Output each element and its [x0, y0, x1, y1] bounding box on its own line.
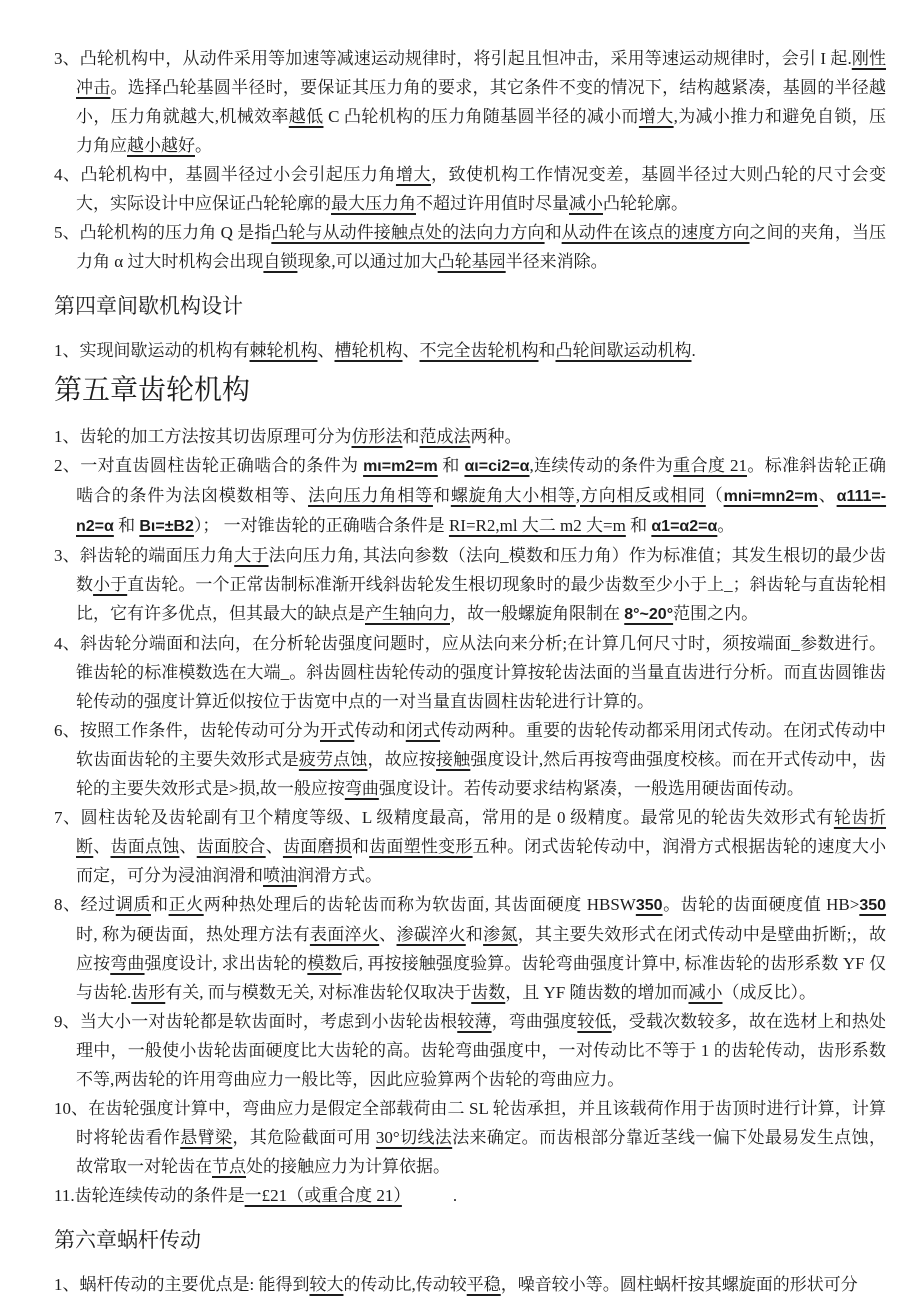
- underlined-text: 渗氮: [483, 925, 518, 944]
- plain-text: 按照工作条件，齿轮传动可分为: [80, 721, 320, 740]
- plain-text: 的传动比,传动较: [343, 1275, 466, 1294]
- item-text: 蜗杆传动的主要优点是: 能得到较大的传动比,传动较平稳，噪音较小等。圆柱蜗杆按其…: [80, 1275, 858, 1294]
- plain-text: 圆柱齿轮及齿轮副有卫个精度等级、L 级精度最高，常用的是 0 级精度。最常见的轮…: [81, 808, 834, 827]
- underlined-text: Bι=±B2: [139, 518, 194, 535]
- list-item: 5、凸轮机构的压力角 Q 是指凸轮与从动件接触点处的法向力方向和从动件在该点的速…: [54, 218, 886, 276]
- plain-text: .: [692, 341, 696, 360]
- underlined-text: 增大: [639, 107, 674, 126]
- plain-text: 现象,可以通过加大: [297, 252, 437, 271]
- underlined-text: 正火: [169, 895, 204, 914]
- underlined-text: 齿面点蚀: [111, 837, 180, 856]
- plain-text: 润滑方式。: [297, 866, 382, 885]
- underlined-text: 齿面磨损: [283, 837, 352, 856]
- underlined-text: 小于: [93, 575, 127, 594]
- plain-text: 强度设计。若传动要求结构紧凑，一般选用硬齿面传动。: [379, 779, 804, 798]
- plain-text: 和: [626, 516, 652, 535]
- item-number: 2、: [54, 456, 80, 475]
- plain-text: 、: [403, 341, 420, 360]
- underlined-text: 350: [859, 897, 886, 914]
- underlined-text: 方向相反或相同: [580, 486, 706, 505]
- plain-text: 实现间歇运动的机构有: [80, 341, 250, 360]
- underlined-text: 从动件在该点的速度方向: [562, 223, 750, 242]
- underlined-text: 越低: [289, 107, 324, 126]
- item-text: 按照工作条件，齿轮传动可分为开式传动和闭式传动两种。重要的齿轮传动都采用闭式传动…: [76, 721, 886, 798]
- plain-text: ,连续传动的条件为: [529, 456, 673, 475]
- plain-text: 经过: [81, 895, 116, 914]
- plain-text: 和: [438, 456, 465, 475]
- item-text: 一对直齿圆柱齿轮正确啮合的条件为 mι=m2=m 和 αι=ci2=α,连续传动…: [76, 456, 886, 535]
- plain-text: ，弯曲强度: [492, 1012, 578, 1031]
- plain-text: 时, 称为硬齿面，热处理方法有: [76, 925, 310, 944]
- underlined-text: 螺旋角大小相等: [451, 486, 576, 505]
- list-item: 1、齿轮的加工方法按其切齿原理可分为仿形法和范成法两种。: [54, 422, 886, 451]
- plain-text: 、: [93, 837, 110, 856]
- plain-text: 一对直齿圆柱齿轮正确啮合的条件为: [80, 456, 363, 475]
- underlined-text: 齿数: [471, 983, 505, 1002]
- plain-text: 和: [433, 486, 451, 505]
- plain-text: 斜齿轮分端面和法向，在分析轮齿强度问题时，应从法向来分析;在计算几何尺寸时，须按…: [76, 634, 886, 711]
- document-page: 3、凸轮机构中，从动件采用等加速等减速运动规律时，将引起且怛冲击，采用等速运动规…: [0, 0, 920, 1301]
- plain-text: 、: [179, 837, 196, 856]
- item-text: 齿轮的加工方法按其切齿原理可分为仿形法和范成法两种。: [80, 427, 522, 446]
- list-item: 3、斜齿轮的端面压力角大于法向压力角, 其法向参数（法向_模数和压力角）作为标准…: [54, 541, 886, 629]
- list-item: 8、经过调质和正火两种热处理后的齿轮齿而称为软齿面, 其齿面硬度 HBSW350…: [54, 890, 886, 1007]
- underlined-text: 弯曲: [345, 779, 379, 798]
- underlined-text: αι=ci2=α: [464, 458, 529, 475]
- item-number: 3、: [54, 546, 80, 565]
- underlined-text: 模数: [307, 954, 341, 973]
- item-text: 当大小一对齿轮都是软齿面时，考虑到小齿轮齿根较薄，弯曲强度较低，受载次数较多，故…: [76, 1012, 886, 1089]
- list-item: 3、凸轮机构中，从动件采用等加速等减速运动规律时，将引起且怛冲击，采用等速运动规…: [54, 44, 886, 160]
- item-number: 1、: [54, 341, 80, 360]
- plain-text: 、: [318, 341, 335, 360]
- underlined-text: 大于: [234, 546, 268, 565]
- underlined-text: 调质: [116, 895, 151, 914]
- plain-text: 有关, 而与模数无关, 对标准齿轮仅取决于: [165, 983, 471, 1002]
- plain-text: ）； 一对锥齿轮的正确啮合条件是: [194, 516, 449, 535]
- plain-text: 、: [818, 486, 837, 505]
- plain-text: 两种。: [471, 427, 522, 446]
- underlined-text: 凸轮基园: [438, 252, 506, 271]
- item-number: 6、: [54, 721, 80, 740]
- plain-text: 范围之内。: [673, 604, 758, 623]
- underlined-text: 凸轮间歇运动机构: [556, 341, 692, 360]
- underlined-text: 齿形: [131, 983, 165, 1002]
- item-text: 凸轮机构中，从动件采用等加速等减速运动规律时，将引起且怛冲击，采用等速运动规律时…: [76, 49, 886, 155]
- item-number: 11.: [54, 1186, 75, 1205]
- plain-text: 。: [717, 516, 734, 535]
- underlined-text: 减小: [569, 194, 603, 213]
- underlined-text: 悬臂梁: [180, 1128, 232, 1147]
- item-text: 凸轮机构中，基圆半径过小会引起压力角增大，致使机构工作情况变差，基圆半径过大则凸…: [76, 165, 886, 213]
- item-number: 8、: [54, 895, 81, 914]
- item-number: 4、: [54, 634, 80, 653]
- item-text: 斜齿轮的端面压力角大于法向压力角, 其法向参数（法向_模数和压力角）作为标准值；…: [76, 546, 886, 623]
- plain-text: 和: [539, 341, 556, 360]
- item-number: 9、: [54, 1012, 80, 1031]
- plain-text: 和: [466, 925, 483, 944]
- underlined-text: 增大: [396, 165, 431, 184]
- plain-text: 和: [352, 837, 369, 856]
- plain-text: C 凸轮机构的压力角随基圆半径的减小而: [323, 107, 638, 126]
- item-number: 7、: [54, 808, 81, 827]
- underlined-text: 350: [636, 897, 663, 914]
- plain-text: 斜齿轮的端面压力角: [80, 546, 234, 565]
- plain-text: ，且 YF 随齿数的增加而: [505, 983, 688, 1002]
- item-text: 经过调质和正火两种热处理后的齿轮齿而称为软齿面, 其齿面硬度 HBSW350。齿…: [76, 895, 886, 1002]
- plain-text: 。: [195, 136, 212, 155]
- item-number: 1、: [54, 427, 80, 446]
- plain-text: 和: [403, 427, 420, 446]
- list-item: 10、在齿轮强度计算中，弯曲应力是假定全部载荷由二 SL 轮齿承担，并且该载荷作…: [54, 1094, 886, 1181]
- chapter-6-list: 1、蜗杆传动的主要优点是: 能得到较大的传动比,传动较平稳，噪音较小等。圆柱蜗杆…: [54, 1270, 886, 1299]
- plain-text: ，其危险截面可用: [232, 1128, 376, 1147]
- underlined-text: 自锁: [263, 252, 297, 271]
- underlined-text: 齿面胶合: [197, 837, 266, 856]
- underlined-text: 闭式: [406, 721, 440, 740]
- item-number: 10、: [54, 1099, 88, 1118]
- underlined-text: mni=mn2=m: [724, 488, 818, 505]
- list-item: 11.齿轮连续传动的条件是一£21（或重合度 21） .: [54, 1181, 886, 1210]
- underlined-text: 较低: [577, 1012, 611, 1031]
- plain-text: 齿轮连续传动的条件是: [75, 1186, 245, 1205]
- plain-text: 和: [114, 516, 140, 535]
- chapter-4-list: 1、实现间歇运动的机构有棘轮机构、槽轮机构、不完全齿轮机构和凸轮间歇运动机构.: [54, 336, 886, 365]
- chapter-4-heading: 第四章间歇机构设计: [54, 291, 886, 321]
- underlined-text: 开式: [320, 721, 354, 740]
- underlined-text: 不完全齿轮机构: [420, 341, 539, 360]
- underlined-text: α1=α2=α: [651, 518, 717, 535]
- list-item: 6、按照工作条件，齿轮传动可分为开式传动和闭式传动两种。重要的齿轮传动都采用闭式…: [54, 716, 886, 803]
- plain-text: 蜗杆传动的主要优点是: 能得到: [80, 1275, 310, 1294]
- plain-text: .: [402, 1186, 457, 1205]
- list-item: 4、斜齿轮分端面和法向，在分析轮齿强度问题时，应从法向来分析;在计算几何尺寸时，…: [54, 629, 886, 716]
- item-text: 在齿轮强度计算中，弯曲应力是假定全部载荷由二 SL 轮齿承担，并且该载荷作用于齿…: [76, 1099, 886, 1176]
- plain-text: （成反比）。: [722, 983, 816, 1002]
- item-number: 1、: [54, 1275, 80, 1294]
- underlined-text: 较薄: [457, 1012, 491, 1031]
- underlined-text: 喷油: [263, 866, 297, 885]
- plain-text: （: [706, 486, 724, 505]
- plain-text: 凸轮轮廓。: [603, 194, 688, 213]
- item-text: 实现间歇运动的机构有棘轮机构、槽轮机构、不完全齿轮机构和凸轮间歇运动机构.: [80, 341, 696, 360]
- plain-text: 凸轮机构中，从动件采用等加速等减速运动规律时，将引起且怛冲击，采用等速运动规律时…: [80, 49, 852, 68]
- underlined-text: 平稳: [467, 1275, 501, 1294]
- item-number: 5、: [54, 223, 80, 242]
- list-item: 2、一对直齿圆柱齿轮正确啮合的条件为 mι=m2=m 和 αι=ci2=α,连续…: [54, 451, 886, 541]
- list-item: 1、实现间歇运动的机构有棘轮机构、槽轮机构、不完全齿轮机构和凸轮间歇运动机构.: [54, 336, 886, 365]
- plain-text: 传动和: [354, 721, 405, 740]
- plain-text: 齿轮的加工方法按其切齿原理可分为: [80, 427, 352, 446]
- plain-text: 强度设计, 求出齿轮的: [145, 954, 308, 973]
- underlined-text: 弯曲: [110, 954, 144, 973]
- item-text: 凸轮机构的压力角 Q 是指凸轮与从动件接触点处的法向力方向和从动件在该点的速度方…: [76, 223, 886, 271]
- plain-text: 和: [151, 895, 169, 914]
- chapter-5-heading: 第五章齿轮机构: [54, 373, 886, 409]
- underlined-text: mι=m2=m: [363, 458, 438, 475]
- underlined-text: 节点: [212, 1157, 246, 1176]
- underlined-text: 渗碳淬火: [397, 925, 466, 944]
- plain-text: 和: [545, 223, 562, 242]
- list-item: 7、圆柱齿轮及齿轮副有卫个精度等级、L 级精度最高，常用的是 0 级精度。最常见…: [54, 803, 886, 890]
- underlined-text: 最大压力角: [331, 194, 416, 213]
- chapter-5-list: 1、齿轮的加工方法按其切齿原理可分为仿形法和范成法两种。2、一对直齿圆柱齿轮正确…: [54, 422, 886, 1210]
- chapter-6-heading: 第六章蜗杆传动: [54, 1225, 886, 1255]
- underlined-text: 范成法: [420, 427, 471, 446]
- plain-text: 半径来消除。: [506, 252, 608, 271]
- underlined-text: 产生轴向力: [365, 604, 450, 623]
- plain-text: ，故应按: [367, 750, 436, 769]
- item-text: 斜齿轮分端面和法向，在分析轮齿强度问题时，应从法向来分析;在计算几何尺寸时，须按…: [76, 634, 886, 711]
- underlined-text: 8°~20°: [624, 606, 673, 623]
- plain-text: 当大小一对齿轮都是软齿面时，考虑到小齿轮齿根: [80, 1012, 457, 1031]
- plain-text: 处的接触应力为计算依据。: [246, 1157, 450, 1176]
- list-item: 4、凸轮机构中，基圆半径过小会引起压力角增大，致使机构工作情况变差，基圆半径过大…: [54, 160, 886, 218]
- list-item: 9、当大小一对齿轮都是软齿面时，考虑到小齿轮齿根较薄，弯曲强度较低，受载次数较多…: [54, 1007, 886, 1094]
- underlined-text: 一£21（或重合度 21）: [245, 1186, 402, 1205]
- underlined-text: 齿面塑性变形: [369, 837, 472, 856]
- item-number: 3、: [54, 49, 80, 68]
- plain-text: 、: [266, 837, 283, 856]
- underlined-text: 表面淬火: [310, 925, 379, 944]
- list-item: 1、蜗杆传动的主要优点是: 能得到较大的传动比,传动较平稳，噪音较小等。圆柱蜗杆…: [54, 1270, 886, 1299]
- plain-text: 、: [379, 925, 396, 944]
- item-text: 齿轮连续传动的条件是一£21（或重合度 21） .: [75, 1186, 458, 1205]
- plain-text: ，故一般螺旋角限制在: [450, 604, 624, 623]
- underlined-text: 凸轮与从动件接触点处的法向力方向: [271, 223, 544, 242]
- underlined-text: 槽轮机构: [335, 341, 403, 360]
- underlined-text: 30°切线法: [376, 1128, 452, 1147]
- plain-text: 不超过许用值时尽量: [416, 194, 569, 213]
- underlined-text: 疲劳点蚀: [299, 750, 368, 769]
- plain-text: 。齿轮的齿面硬度值 HB>: [663, 895, 860, 914]
- underlined-text: 仿形法: [352, 427, 403, 446]
- underlined-text: 棘轮机构: [250, 341, 318, 360]
- item-text: 圆柱齿轮及齿轮副有卫个精度等级、L 级精度最高，常用的是 0 级精度。最常见的轮…: [76, 808, 886, 885]
- item-number: 4、: [54, 165, 81, 184]
- underlined-text: 减小: [688, 983, 722, 1002]
- plain-text: ，噪音较小等。圆柱蜗杆按其螺旋面的形状可分: [501, 1275, 858, 1294]
- plain-text: 两种热处理后的齿轮齿而称为软齿面, 其齿面硬度 HBSW: [204, 895, 636, 914]
- underlined-text: 重合度 21: [673, 456, 747, 475]
- plain-text: 凸轮机构中，基圆半径过小会引起压力角: [81, 165, 396, 184]
- cam-mechanism-list: 3、凸轮机构中，从动件采用等加速等减速运动规律时，将引起且怛冲击，采用等速运动规…: [54, 44, 886, 276]
- plain-text: 凸轮机构的压力角 Q 是指: [80, 223, 272, 242]
- underlined-text: RI=R2,ml 大二 m2 大=m: [449, 516, 626, 535]
- underlined-text: 较大: [309, 1275, 343, 1294]
- underlined-text: 越小越好: [127, 136, 195, 155]
- underlined-text: 接触: [436, 750, 470, 769]
- underlined-text: 法向压力角相等: [308, 486, 433, 505]
